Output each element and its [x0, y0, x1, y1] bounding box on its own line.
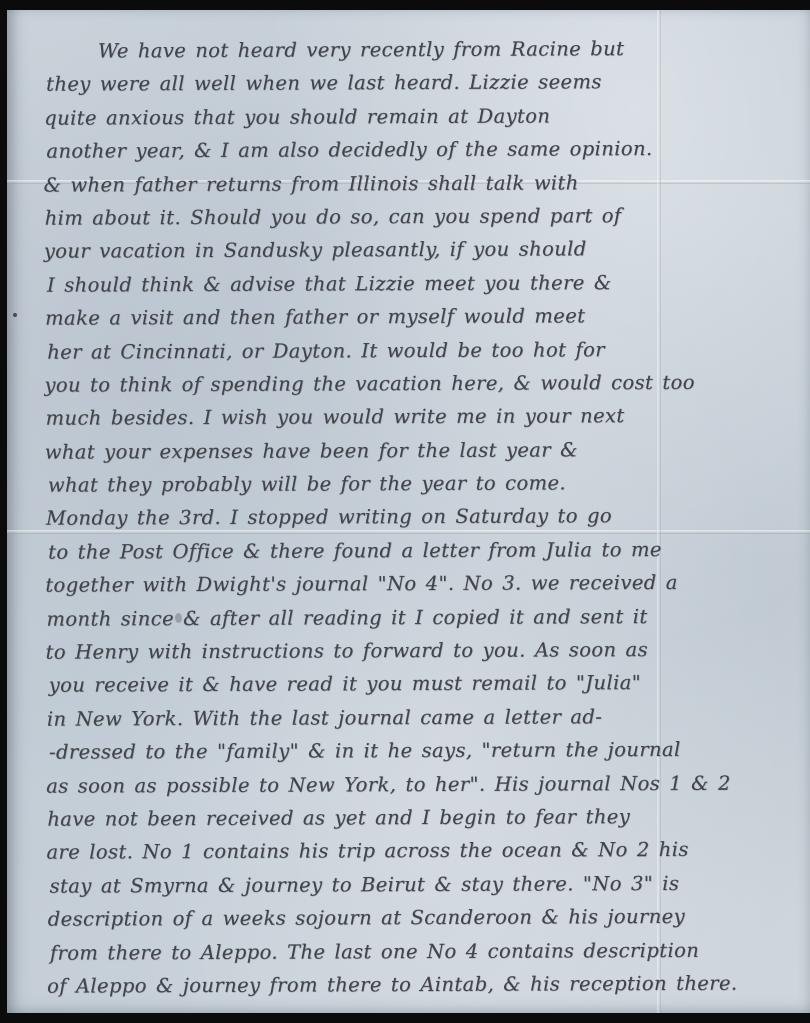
letter-line: description of a weeks sojourn at Scande… [48, 899, 807, 936]
letter-line: they were all well when we last heard. L… [46, 65, 803, 102]
letter-line: much besides. I wish you would write me … [45, 399, 804, 436]
letter-line: of Aleppo & journey from there to Aintab… [47, 966, 807, 1003]
letter-line: you receive it & have read it you must r… [49, 666, 806, 703]
scan-background: We have not heard very recently from Rac… [0, 0, 810, 1023]
letter-line: in New York. With the last journal came … [47, 699, 806, 736]
letter-line: together with Dwight's journal "No 4". N… [45, 566, 805, 603]
letter-line: what they probably will be for the year … [48, 465, 805, 502]
letter-line: you to think of spending the vacation he… [44, 365, 804, 402]
letter-line: -dressed to the "family" & in it he says… [49, 733, 806, 770]
letter-line: stay at Smyrna & journey to Beirut & sta… [50, 866, 807, 903]
letter-line: Monday the 3rd. I stopped writing on Sat… [46, 499, 805, 536]
letter-line: & when father returns from Illinois shal… [43, 165, 803, 202]
letter-line: him about it. Should you do so, can you … [45, 198, 804, 235]
letter-line: as soon as possible to New York, to her"… [46, 766, 806, 803]
letter-line: We have not heard very recently from Rac… [43, 31, 803, 68]
ink-speck [13, 313, 17, 317]
letter-line: are lost. No 1 contains his trip across … [46, 833, 806, 870]
letter-line: have not been received as yet and I begi… [47, 799, 806, 836]
letter-line: to Henry with instructions to forward to… [46, 632, 806, 669]
letter-line: month since & after all reading it I cop… [46, 599, 805, 636]
letter-line: your vacation in Sandusky pleasantly, if… [44, 232, 804, 269]
letter-line: what your expenses have been for the las… [45, 432, 805, 469]
letter-line: quite anxious that you should remain at … [44, 98, 803, 135]
letter-page: We have not heard very recently from Rac… [7, 10, 810, 1013]
letter-line: make a visit and then father or myself w… [45, 298, 804, 335]
letter-line: from there to Aleppo. The last one No 4 … [50, 933, 807, 970]
letter-line: I should think & advise that Lizzie meet… [47, 265, 804, 302]
letter-line: her at Cincinnati, or Dayton. It would b… [47, 332, 804, 369]
letter-line: another year, & I am also decidedly of t… [46, 132, 803, 169]
letter-line: to the Post Office & there found a lette… [48, 532, 805, 569]
letter-lines: We have not heard very recently from Rac… [43, 31, 807, 1003]
